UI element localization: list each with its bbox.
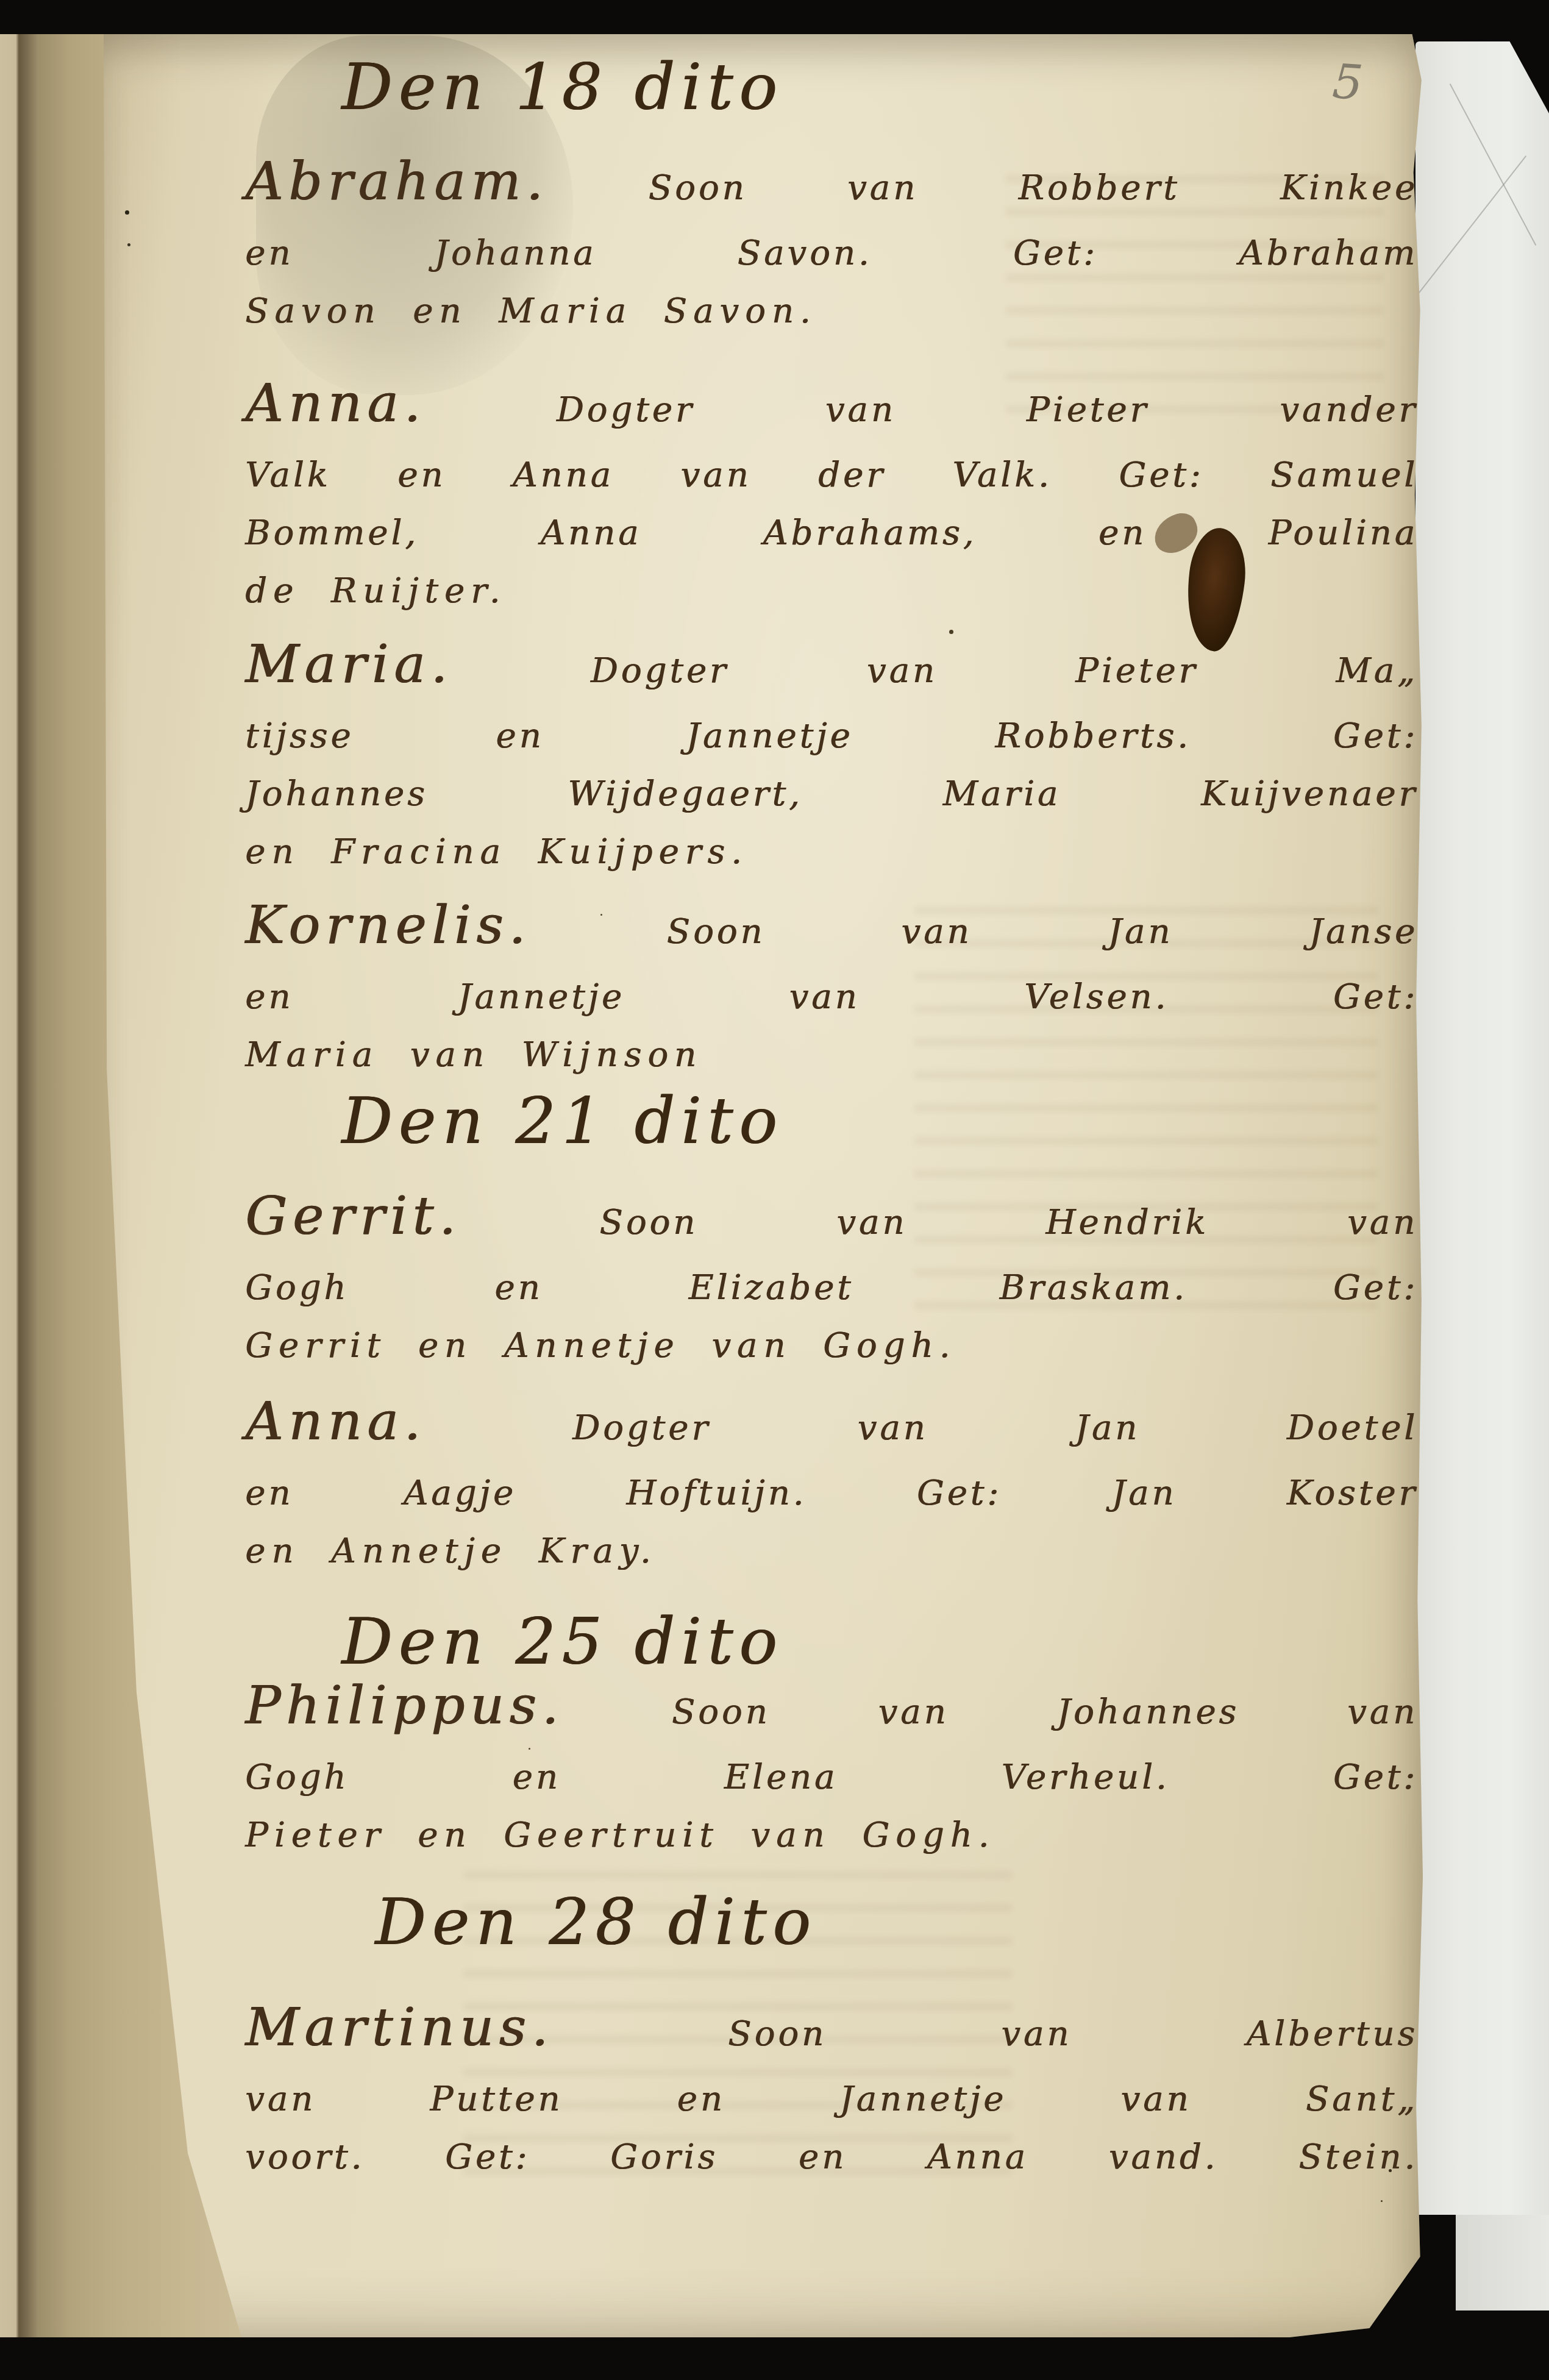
- child-name: Philippus.: [245, 1675, 564, 1736]
- entry-text: Dogter van Pieter Ma„: [591, 651, 1418, 691]
- date-heading: Den 18 dito: [341, 50, 783, 124]
- date-heading: Den 28 dito: [375, 1885, 817, 1959]
- date-heading: Den 21 dito: [341, 1084, 783, 1158]
- entry-line: Anna. Dogter van Jan Doetel: [245, 1379, 1418, 1464]
- entry-line: Johannes Wijdegaert, Maria Kuijvenaer: [245, 765, 1418, 823]
- baptism-register-scan: 5 Den 18 dito Abraham. Soon van Robbert …: [0, 0, 1549, 2380]
- baptism-entry: Philippus. Soon van Johannes van Gogh en…: [245, 1663, 1418, 1864]
- entry-line: Philippus. Soon van Johannes van: [245, 1663, 1418, 1748]
- entry-line: Maria. Dogter van Pieter Ma„: [245, 622, 1418, 707]
- entry-text: Soon van Robbert Kinkee: [649, 168, 1418, 208]
- entry-line: en Johanna Savon. Get: Abraham: [245, 224, 1418, 282]
- entry-line: Kornelis. Soon van Jan Janse: [245, 883, 1418, 968]
- entry-text: Soon van Johannes van: [672, 1692, 1418, 1732]
- entry-line: van Putten en Jannetje van Sant„: [245, 2070, 1418, 2128]
- entry-line: Bommel, Anna Abrahams, en Poulina: [245, 504, 1418, 562]
- entry-line: Valk en Anna van der Valk. Get: Samuel: [245, 446, 1418, 504]
- entry-line: Pieter en Geertruit van Gogh.: [245, 1806, 1418, 1864]
- page-number: 5: [1331, 54, 1389, 113]
- baptism-entry: Martinus. Soon van Albertus van Putten e…: [245, 1985, 1418, 2186]
- baptism-entry: Abraham. Soon van Robbert Kinkee en Joha…: [245, 139, 1418, 340]
- facing-page-corner: [1456, 2215, 1549, 2311]
- child-name: Kornelis.: [245, 895, 531, 956]
- entry-text: Dogter van Pieter vander: [557, 390, 1418, 430]
- child-name: Abraham.: [245, 151, 548, 212]
- child-name: Anna.: [245, 1391, 426, 1452]
- entry-text: Soon van Albertus: [728, 2014, 1418, 2054]
- baptism-entry: Anna. Dogter van Pieter vander Valk en A…: [245, 361, 1418, 620]
- facing-page-edge: [1415, 41, 1549, 2215]
- entry-text: Soon van Hendrik van: [599, 1203, 1418, 1242]
- entry-line: en Fracina Kuijpers.: [245, 823, 1418, 881]
- entry-line: en Annetje Kray.: [245, 1522, 1418, 1580]
- entry-line: Gerrit en Annetje van Gogh.: [245, 1317, 1418, 1375]
- entry-line: Maria van Wijnson: [245, 1026, 1418, 1084]
- baptism-entry: Gerrit. Soon van Hendrik van Gogh en Eli…: [245, 1174, 1418, 1375]
- entry-line: de Ruijter.: [245, 562, 1418, 620]
- baptism-entry: Maria. Dogter van Pieter Ma„ tijsse en J…: [245, 622, 1418, 881]
- entry-text: Soon van Jan Janse: [667, 912, 1418, 952]
- paper-specks: [125, 210, 129, 215]
- entry-line: Abraham. Soon van Robbert Kinkee: [245, 139, 1418, 224]
- entry-line: Martinus. Soon van Albertus: [245, 1985, 1418, 2070]
- entry-line: en Aagje Hoftuijn. Get: Jan Koster: [245, 1464, 1418, 1522]
- baptism-entry: Anna. Dogter van Jan Doetel en Aagje Hof…: [245, 1379, 1418, 1580]
- entry-line: tijsse en Jannetje Robberts. Get:: [245, 707, 1418, 765]
- entry-line: Gerrit. Soon van Hendrik van: [245, 1174, 1418, 1259]
- entry-line: Anna. Dogter van Pieter vander: [245, 361, 1418, 446]
- entry-line: Gogh en Elizabet Braskam. Get:: [245, 1259, 1418, 1317]
- child-name: Anna.: [245, 373, 426, 434]
- child-name: Martinus.: [245, 1997, 554, 2058]
- entry-line: Gogh en Elena Verheul. Get:: [245, 1748, 1418, 1806]
- baptism-entry: Kornelis. Soon van Jan Janse en Jannetje…: [245, 883, 1418, 1084]
- child-name: Maria.: [245, 634, 453, 695]
- entry-line: voort. Get: Goris en Anna vand. Stein.: [245, 2128, 1418, 2186]
- entry-line: Savon en Maria Savon.: [245, 282, 1418, 340]
- child-name: Gerrit.: [245, 1186, 461, 1247]
- entry-text: Dogter van Jan Doetel: [572, 1408, 1418, 1448]
- entry-line: en Jannetje van Velsen. Get:: [245, 968, 1418, 1026]
